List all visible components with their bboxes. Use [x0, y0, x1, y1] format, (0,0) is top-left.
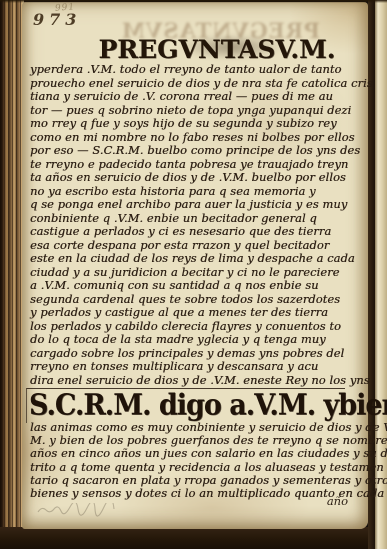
manuscript-line: a .V.M. comuniq con su santidad a q nos …	[30, 279, 366, 293]
manuscript-line: te rreyno e padecido tanta pobresa ye tr…	[30, 158, 366, 172]
manuscript-line: cargado sobre los principales y demas yn…	[30, 347, 366, 361]
manuscript-line: yperdera .V.M. todo el rreyno de tanto u…	[30, 63, 366, 77]
manuscript-line: tiana y seruicio de .V. corona rreal — p…	[30, 90, 366, 104]
catchword-ano: año	[327, 494, 348, 508]
manuscript-line: tor — pues q sobrino nieto de topa ynga …	[30, 104, 366, 118]
manuscript-line: por eso — S.C.R.M. buelbo como principe …	[30, 144, 366, 158]
manuscript-line: esa corte despana por esta rrazon y quel…	[30, 239, 366, 253]
manuscript-line: q se ponga enel archibo para auer la jus…	[30, 198, 366, 212]
page-heading: PREGVNTASV.M.	[92, 35, 342, 64]
manuscript-line: no ya escribo esta historia para q sea m…	[30, 185, 366, 199]
body-text-block-2: las animas como es muy conbiniente y ser…	[30, 421, 366, 500]
manuscript-line: años en cinco años un jues con salario e…	[30, 447, 366, 460]
manuscript-line: mo rrey q fue y soys hijo de su segunda …	[30, 117, 366, 131]
manuscript-line: ciudad y a su juridicion a becitar y ci …	[30, 266, 366, 280]
manuscript-line: bienes y sensos y dotes ci lo an multipl…	[30, 487, 366, 500]
manuscript-line: prouecho enel seruicio de dios y de nra …	[30, 77, 366, 91]
manuscript-line: este en la ciudad de los reys de lima y …	[30, 252, 366, 266]
pencil-inscription	[36, 503, 116, 517]
manuscript-line: segunda cardenal ques te sobre todos los…	[30, 293, 366, 307]
top-page-shadow	[0, 0, 387, 3]
manuscript-line: rreyno en tonses multiplicara y descansa…	[30, 360, 366, 374]
body-text-block-1: yperdera .V.M. todo el rreyno de tanto u…	[30, 63, 366, 387]
manuscript-line: do lo q toca de la sta madre yglecia y q…	[30, 333, 366, 347]
manuscript-line: los perlados y cabildo clerecia flayres …	[30, 320, 366, 334]
manuscript-page: PREGVNTASVM 991 973 PREGVNTASV.M. yperde…	[22, 2, 368, 529]
manuscript-photo: PREGVNTASVM 991 973 PREGVNTASV.M. yperde…	[0, 0, 387, 549]
folio-number: 973	[33, 10, 81, 29]
manuscript-line: y perlados y castigue al que a menes ter…	[30, 306, 366, 320]
book-binding-edge	[0, 0, 24, 549]
manuscript-line: dira enel seruicio de dios y de .V.M. en…	[30, 374, 366, 388]
subheading: S.C.R.M. digo a.V.M. ybiende	[29, 389, 387, 422]
manuscript-line: ta años en seruicio de dios y de .V.M. b…	[30, 171, 366, 185]
manuscript-line: trito a q tome quenta y recidencia a los…	[30, 461, 366, 474]
manuscript-line: conbiniente q .V.M. enbie un becitador g…	[30, 212, 366, 226]
manuscript-line: como en mi nombre no lo fabo reses ni bo…	[30, 131, 366, 145]
manuscript-line: castigue a perlados y ci es nesesario qu…	[30, 225, 366, 239]
bottom-page-shadow	[0, 527, 387, 549]
